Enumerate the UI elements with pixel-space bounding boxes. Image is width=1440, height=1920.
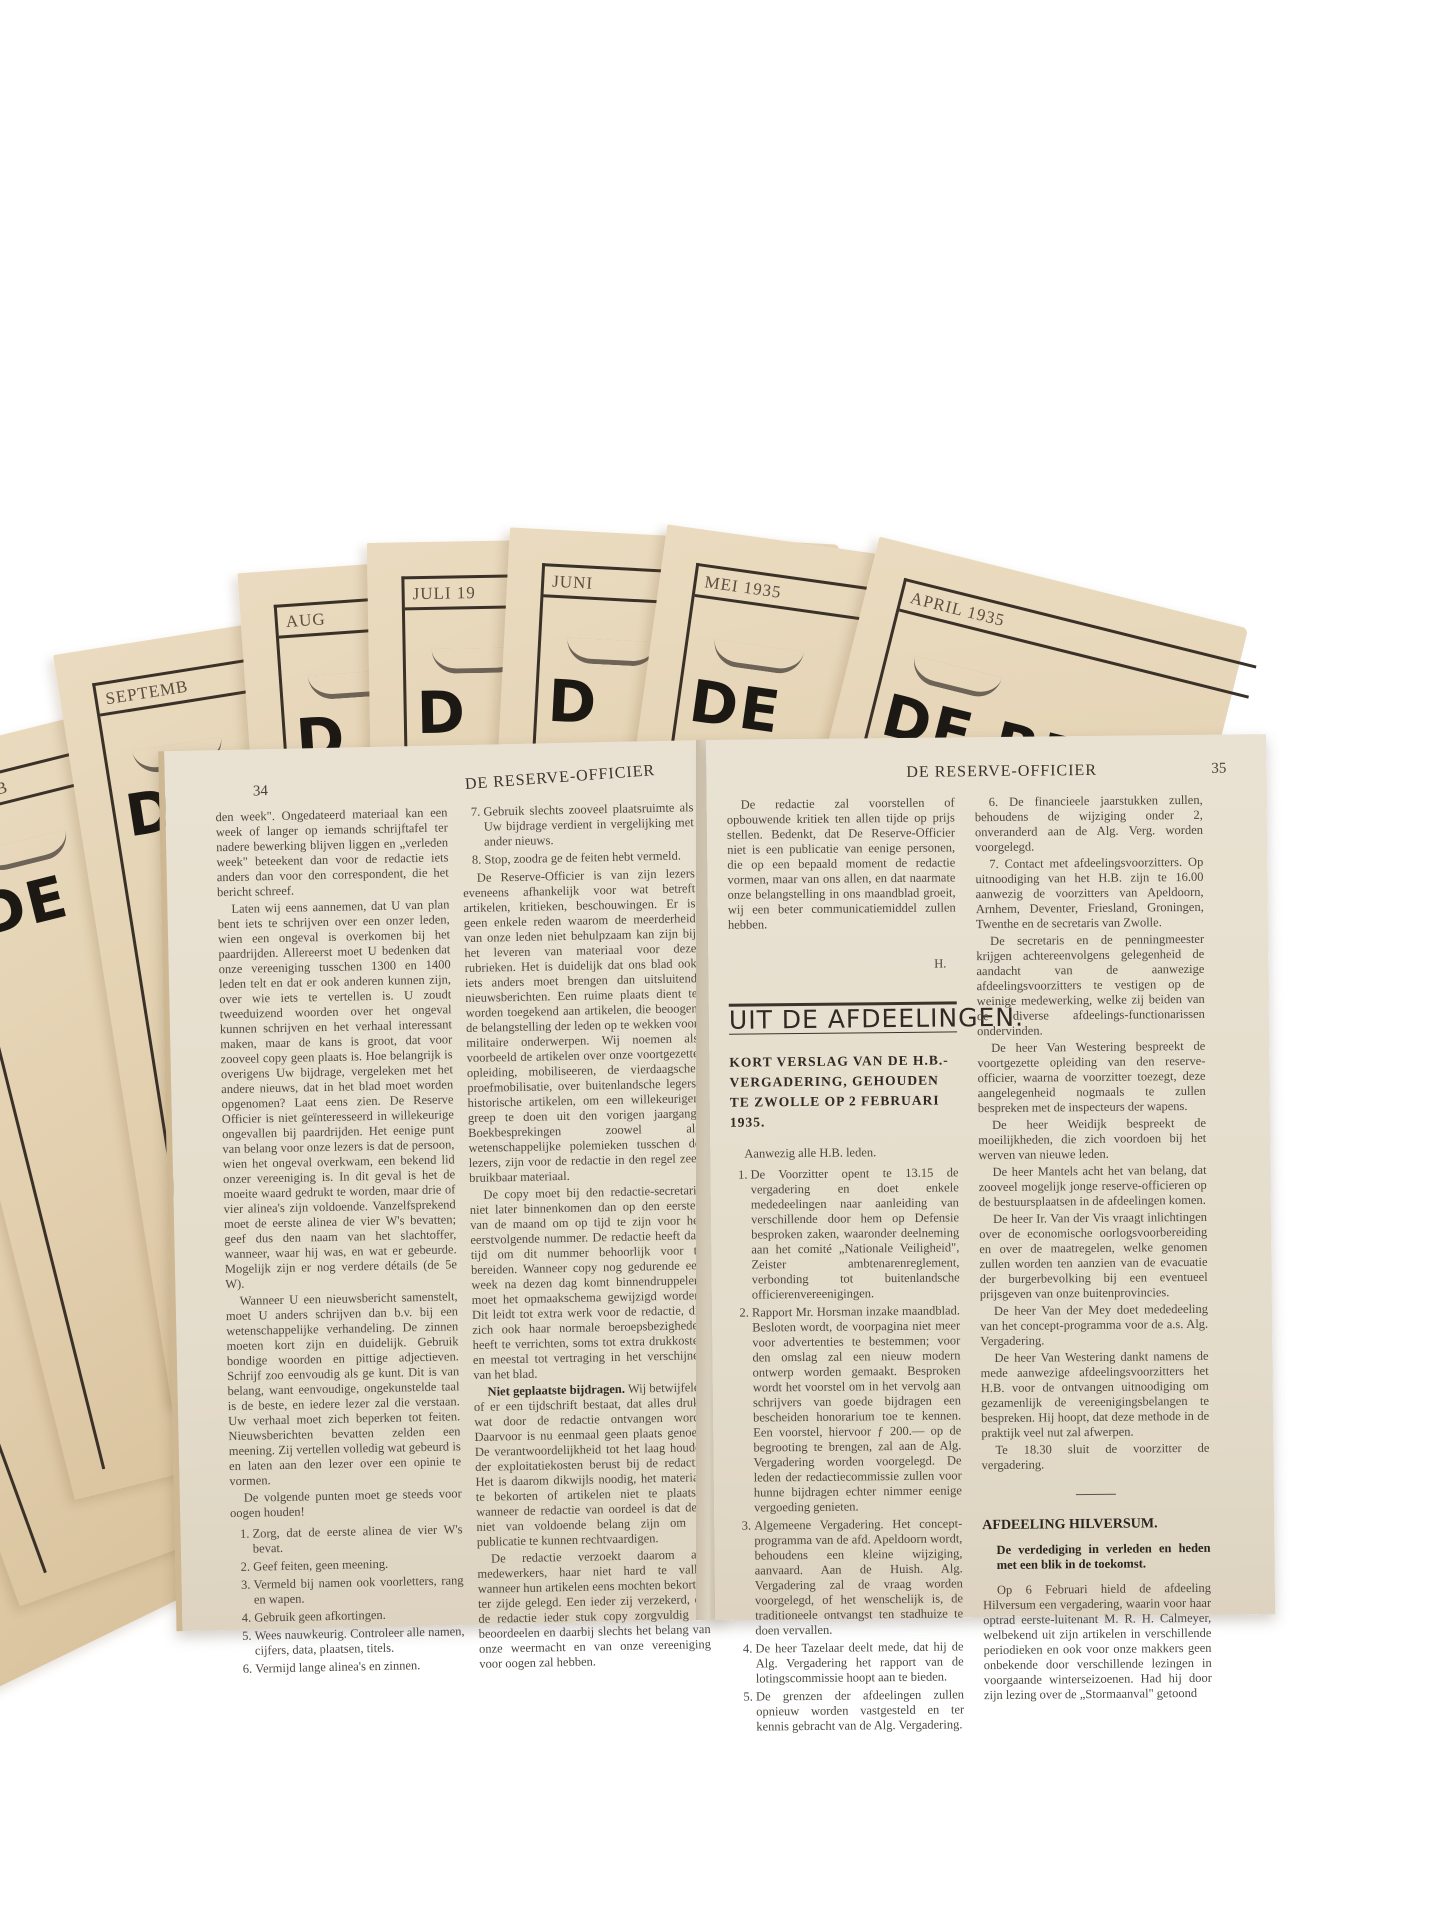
page-35: DE RESERVE-OFFICIER 35 De redactie zal v… xyxy=(706,734,1275,1620)
minutes-list: De Voorzitter opent te 13.15 de vergader… xyxy=(730,1165,964,1734)
section-title: UIT DE AFDEELINGEN. xyxy=(729,1001,957,1034)
paragraph: De redactie verzoekt daarom alle medewer… xyxy=(477,1547,711,1672)
running-head: DE RESERVE-OFFICIER xyxy=(906,762,1097,782)
cover-month: OCTOB xyxy=(0,777,10,811)
signature: H. xyxy=(728,956,946,973)
lecture-title: De verdediging in verleden en heden met … xyxy=(982,1541,1210,1573)
paragraph: 6. De financieele jaarstukken zullen, be… xyxy=(975,793,1204,855)
branch-title: AFDEELING HILVERSUM. xyxy=(982,1516,1210,1533)
list-item: Gebruik slechts zooveel plaatsruimte als… xyxy=(483,800,694,849)
list-item: De grenzen der afdeelingen zullen opnieu… xyxy=(756,1687,964,1734)
list-item: De Voorzitter opent te 13.15 de vergader… xyxy=(750,1165,959,1302)
cover-month: APRIL 1935 xyxy=(908,588,1007,631)
left-column-1: den week". Ongedateerd materiaal kan een… xyxy=(215,805,465,1680)
paragraph: Laten wij eens aannemen, dat U van plan … xyxy=(217,897,457,1292)
list-item: Gebruik geen afkortingen. xyxy=(254,1606,464,1625)
right-column-1: De redactie zal voorstellen of opbouwend… xyxy=(727,795,965,1737)
paragraph: De secretaris en de penningmeester krijg… xyxy=(976,932,1205,1039)
list-item: Wees nauwkeurig. Controleer alle namen, … xyxy=(255,1624,466,1658)
list-item: Vermeld bij namen ook voorletters, rang … xyxy=(253,1573,464,1607)
cover-logo: D xyxy=(416,678,467,747)
paragraph: De heer Van Westering bespreekt de voort… xyxy=(977,1039,1206,1116)
right-column-2: 6. De financieele jaarstukken zullen, be… xyxy=(975,793,1213,1705)
cover-logo: D xyxy=(546,667,600,738)
paragraph: De heer Ir. Van der Vis vraagt inlichtin… xyxy=(979,1210,1208,1302)
cover-logo: DE xyxy=(685,667,785,747)
list-item: Zorg, dat de eerste alinea de vier W's b… xyxy=(252,1522,463,1556)
paragraph: De Reserve-Officier is van zijn lezers e… xyxy=(463,866,702,1186)
paragraph: Wij betwijfelen of er een tijdschrift be… xyxy=(474,1380,709,1549)
cover-month: SEPTEMB xyxy=(104,677,190,710)
report-title: KORT VERSLAG VAN DE H.B.-VERGADERING, GE… xyxy=(729,1050,958,1132)
paragraph: De heer Weidijk bespreekt de moeilijkhed… xyxy=(978,1116,1206,1163)
list-item: Geef feiten, geen meening. xyxy=(253,1555,463,1574)
cover-month: JUNI xyxy=(552,572,594,594)
running-head: DE RESERVE-OFFICIER xyxy=(464,762,655,794)
left-column-2: Gebruik slechts zooveel plaatsruimte als… xyxy=(461,800,711,1674)
cover-month: AUG xyxy=(285,609,326,632)
page-number: 34 xyxy=(253,783,268,800)
paragraph: 7. Contact met afdeelingsvoorzitters. Op… xyxy=(975,855,1204,932)
logo-swash-icon xyxy=(566,638,657,668)
paragraph: De copy moet bij den redactie-secretaris… xyxy=(469,1183,705,1383)
list-item: Algemeene Vergadering. Het concept-progr… xyxy=(754,1516,963,1638)
paragraph: De heer Van Westering dankt namens de me… xyxy=(980,1349,1209,1441)
paragraph: Te 18.30 sluit de voorzitter de vergader… xyxy=(981,1441,1209,1473)
list-item: De heer Tazelaar deelt mede, dat hij de … xyxy=(755,1639,963,1686)
list-item: Vermijd lange alinea's en zinnen. xyxy=(255,1657,465,1676)
photo-scene: ...A 193 DE R NOV D OCTOB DE SEPTEMB DE … xyxy=(0,0,1440,1920)
tips-list-continued: Gebruik slechts zooveel plaatsruimte als… xyxy=(461,800,694,868)
tips-list: Zorg, dat de eerste alinea de vier W's b… xyxy=(230,1522,465,1677)
open-magazine: 34 DE RESERVE-OFFICIER den week". Ongeda… xyxy=(158,740,1408,1680)
cover-month: JULI 19 xyxy=(412,583,476,604)
paragraph: De redactie zal voorstellen of opbouwend… xyxy=(727,795,956,932)
page-number: 35 xyxy=(1211,761,1226,778)
cover-month: MEI 1935 xyxy=(703,572,782,603)
list-item: Stop, zoodra ge de feiten hebt vermeld. xyxy=(484,848,694,867)
paragraph: De volgende punten moet ge steeds voor o… xyxy=(230,1486,463,1521)
paragraph: Op 6 Februari hield de afdeeling Hilvers… xyxy=(983,1581,1212,1703)
attendance-line: Aanwezig alle H.B. leden. xyxy=(730,1144,958,1161)
paragraph: De heer Van der Mey doet mededeeling van… xyxy=(980,1302,1208,1349)
paragraph: Wanneer U een nieuwsbericht samenstelt, … xyxy=(226,1289,462,1489)
bold-lead: Niet geplaatste bijdragen. xyxy=(487,1382,625,1399)
section-divider xyxy=(1076,1494,1116,1495)
paragraph: De heer Mantels acht het van belang, dat… xyxy=(978,1163,1206,1210)
paragraph: den week". Ongedateerd materiaal kan een… xyxy=(215,805,449,900)
page-34: 34 DE RESERVE-OFFICIER den week". Ongeda… xyxy=(158,740,722,1631)
list-item: Rapport Mr. Horsman inzake maandblad. Be… xyxy=(752,1303,962,1515)
cover-logo: DE xyxy=(0,862,75,950)
